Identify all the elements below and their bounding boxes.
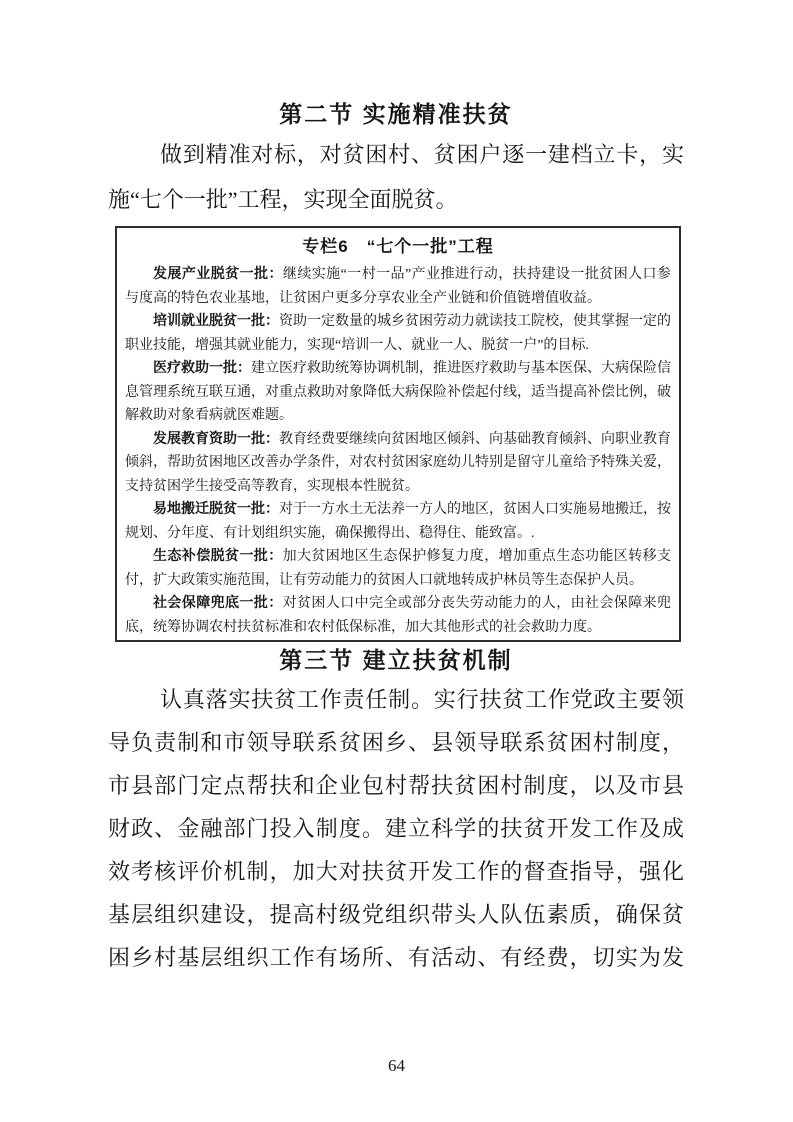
section3-title: 第三节 建立扶贫机制 bbox=[108, 642, 684, 678]
paragraph-line: 支持贫困学生接受高等教育，实现根本性脱贫。 bbox=[125, 475, 671, 499]
paragraph-lead: 培训就业脱贫一批： bbox=[153, 314, 279, 329]
paragraph-line: 解救助对象看病就医难题。 bbox=[125, 404, 671, 428]
paragraph-lead: 生态补偿脱贫一批： bbox=[153, 549, 283, 564]
paragraph-line: 医疗救助一批：建立医疗救助统筹协调机制，推进医疗救助与基本医保、大病保险信 bbox=[125, 357, 671, 381]
paragraph-line: 财政、金融部门投入制度。建立科学的扶贫开发工作及成 bbox=[108, 807, 684, 850]
box-paragraph: 发展产业脱贫一批：继续实施“一村一品”产业推进行动，扶持建设一批贫困人口参 与度… bbox=[125, 263, 671, 310]
paragraph-lead: 社会保障兜底一批： bbox=[153, 596, 283, 611]
paragraph-text: 建立医疗救助统筹协调机制，推进医疗救助与基本医保、大病保险信 bbox=[251, 361, 671, 376]
section2-title: 第二节 实施精准扶贫 bbox=[108, 96, 684, 132]
paragraph-line: 规划、分年度、有计划组织实施，确保搬得出、稳得住、能致富。. bbox=[125, 522, 671, 546]
box-paragraph: 生态补偿脱贫一批：加大贫困地区生态保护修复力度，增加重点生态功能区转移支 付，扩… bbox=[125, 545, 671, 592]
paragraph-line: 施“七个一批”工程，实现全面脱贫。 bbox=[108, 177, 684, 222]
paragraph-line: 培训就业脱贫一批：资助一定数量的城乡贫困劳动力就读技工院校，使其掌握一定的 bbox=[125, 310, 671, 334]
box-paragraph: 培训就业脱贫一批：资助一定数量的城乡贫困劳动力就读技工院校，使其掌握一定的 职业… bbox=[125, 310, 671, 357]
feature-box-title: 专栏6 “七个一批”工程 bbox=[125, 233, 671, 261]
box-paragraph: 医疗救助一批：建立医疗救助统筹协调机制，推进医疗救助与基本医保、大病保险信 息管… bbox=[125, 357, 671, 428]
paragraph-lead: 易地搬迁脱贫一批： bbox=[153, 502, 279, 517]
box-paragraph: 社会保障兜底一批：对贫困人口中完全或部分丧失劳动能力的人，由社会保障来兜 底，统… bbox=[125, 592, 671, 639]
paragraph-lead: 医疗救助一批： bbox=[153, 361, 251, 376]
paragraph-line: 发展产业脱贫一批：继续实施“一村一品”产业推进行动，扶持建设一批贫困人口参 bbox=[125, 263, 671, 287]
paragraph-line: 效考核评价机制，加大对扶贫开发工作的督查指导，强化 bbox=[108, 850, 684, 893]
paragraph-lead: 发展教育资助一批： bbox=[153, 432, 279, 447]
document-page: 第二节 实施精准扶贫 做到精准对标，对贫困村、贫困户逐一建档立卡，实 施“七个一… bbox=[0, 0, 793, 1122]
paragraph-line: 息管理系统互联互通，对重点救助对象降低大病保险补偿起付线，适当提高补偿比例，破 bbox=[125, 381, 671, 405]
paragraph-line: 底，统筹协调农村扶贫标准和农村低保标准，加大其他形式的社会救助力度。 bbox=[125, 616, 671, 640]
paragraph-line: 导负责制和市领导联系贫困乡、县领导联系贫困村制度， bbox=[108, 721, 684, 764]
paragraph-text: 资助一定数量的城乡贫困劳动力就读技工院校，使其掌握一定的 bbox=[279, 314, 671, 329]
paragraph-line: 社会保障兜底一批：对贫困人口中完全或部分丧失劳动能力的人，由社会保障来兜 bbox=[125, 592, 671, 616]
section2-paragraph: 做到精准对标，对贫困村、贫困户逐一建档立卡，实 施“七个一批”工程，实现全面脱贫… bbox=[108, 132, 684, 222]
paragraph-lead: 发展产业脱贫一批： bbox=[153, 267, 283, 282]
paragraph-line: 发展教育资助一批：教育经费要继续向贫困地区倾斜、向基础教育倾斜、向职业教育 bbox=[125, 428, 671, 452]
paragraph-text: 对贫困人口中完全或部分丧失劳动能力的人，由社会保障来兜 bbox=[283, 596, 671, 611]
page-number: 64 bbox=[0, 1056, 793, 1076]
paragraph-text: 继续实施“一村一品”产业推进行动，扶持建设一批贫困人口参 bbox=[283, 267, 671, 282]
paragraph-line: 做到精准对标，对贫困村、贫困户逐一建档立卡，实 bbox=[108, 132, 684, 177]
box-paragraph: 发展教育资助一批：教育经费要继续向贫困地区倾斜、向基础教育倾斜、向职业教育 倾斜… bbox=[125, 428, 671, 499]
paragraph-line: 与度高的特色农业基地，让贫困户更多分享农业全产业链和价值链增值收益。 bbox=[125, 287, 671, 311]
box-paragraph: 易地搬迁脱贫一批：对于一方水土无法养一方人的地区，贫困人口实施易地搬迁，按 规划… bbox=[125, 498, 671, 545]
paragraph-line: 易地搬迁脱贫一批：对于一方水土无法养一方人的地区，贫困人口实施易地搬迁，按 bbox=[125, 498, 671, 522]
paragraph-line: 市县部门定点帮扶和企业包村帮扶贫困村制度，以及市县 bbox=[108, 764, 684, 807]
feature-box: 专栏6 “七个一批”工程 发展产业脱贫一批：继续实施“一村一品”产业推进行动，扶… bbox=[115, 226, 681, 642]
paragraph-line: 困乡村基层组织工作有场所、有活动、有经费，切实为发 bbox=[108, 936, 684, 979]
paragraph-text: 对于一方水土无法养一方人的地区，贫困人口实施易地搬迁，按 bbox=[279, 502, 671, 517]
paragraph-text: 教育经费要继续向贫困地区倾斜、向基础教育倾斜、向职业教育 bbox=[279, 432, 671, 447]
paragraph-line: 倾斜，帮助贫困地区改善办学条件，对农村贫困家庭幼儿特别是留守儿童给予特殊关爱， bbox=[125, 451, 671, 475]
section3-paragraph: 认真落实扶贫工作责任制。实行扶贫工作党政主要领 导负责制和市领导联系贫困乡、县领… bbox=[108, 678, 684, 979]
paragraph-line: 基层组织建设，提高村级党组织带头人队伍素质，确保贫 bbox=[108, 893, 684, 936]
paragraph-line: 认真落实扶贫工作责任制。实行扶贫工作党政主要领 bbox=[108, 678, 684, 721]
paragraph-line: 生态补偿脱贫一批：加大贫困地区生态保护修复力度，增加重点生态功能区转移支 bbox=[125, 545, 671, 569]
paragraph-line: 付，扩大政策实施范围，让有劳动能力的贫困人口就地转成护林员等生态保护人员。 bbox=[125, 569, 671, 593]
paragraph-line: 职业技能，增强其就业能力，实现“培训一人、就业一人、脱贫一户”的目标. bbox=[125, 334, 671, 358]
paragraph-text: 加大贫困地区生态保护修复力度，增加重点生态功能区转移支 bbox=[283, 549, 671, 564]
